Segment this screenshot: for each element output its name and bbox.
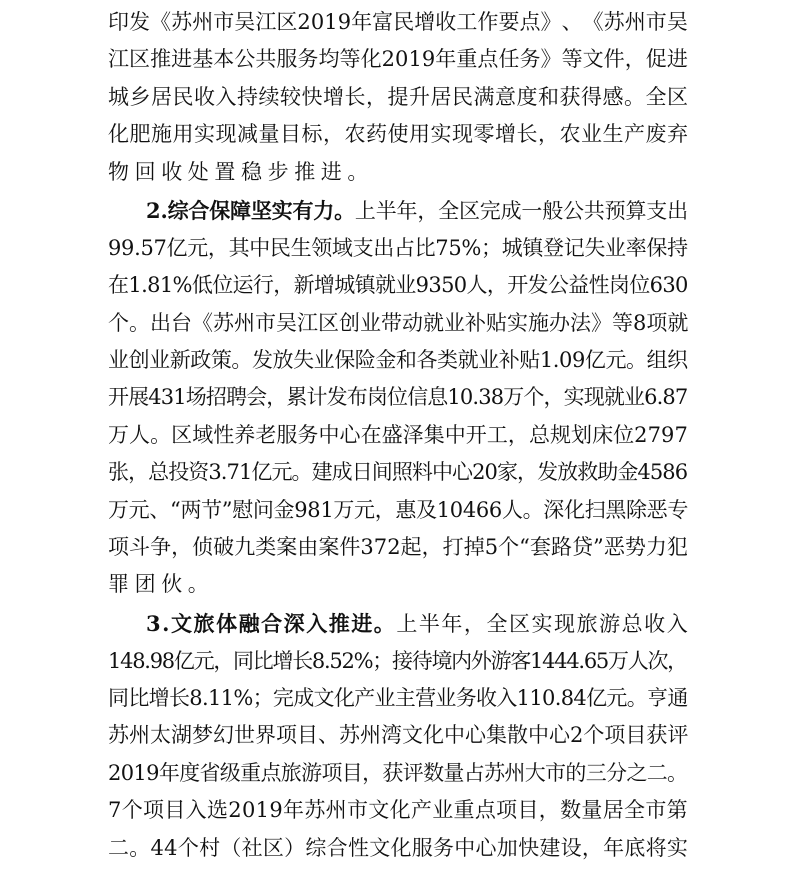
text-line: 万元、“两节”慰问金981万元，惠及10466人。深化扫黑除恶专 [108, 492, 688, 529]
text-line-with-heading: 2.综合保障坚实有力。上半年，全区完成一般公共预算支出 [108, 192, 688, 229]
text-line: 张，总投资3.71亿元。建成日间照料中心20家，发放救助金4586 [108, 454, 688, 491]
text-line: 苏州太湖梦幻世界项目、苏州湾文化中心集散中心2个项目获评 [108, 717, 688, 754]
text-line: 城乡居民收入持续较快增长，提升居民满意度和获得感。全区 [108, 79, 688, 116]
text-line: 同比增长8.11%；完成文化产业主营业务收入110.84亿元。亨通 [108, 680, 688, 717]
text-line: 2019年度省级重点旅游项目，获评数量占苏州大市的三分之二。 [108, 755, 688, 792]
paragraph-culture-tourism: 3.文旅体融合深入推进。上半年，全区实现旅游总收入 148.98亿元，同比增长8… [108, 605, 688, 867]
text-line: 江区推进基本公共服务均等化2019年重点任务》等文件，促进 [108, 41, 688, 78]
text-line: 个。出台《苏州市吴江区创业带动就业补贴实施办法》等8项就 [108, 305, 688, 342]
heading-line-rest: 上半年，全区实现旅游总收入 [396, 612, 687, 636]
text-line: 项斗争，侦破九类案由案件372起，打掉5个“套路贷”恶势力犯 [108, 529, 688, 566]
text-line: 罪团伙。 [108, 566, 688, 603]
text-line: 99.57亿元，其中民生领域支出占比75%；城镇登记失业率保持 [108, 230, 688, 267]
text-line: 148.98亿元，同比增长8.52%；接待境内外游客1444.65万人次， [108, 643, 688, 680]
section-heading-3: 3.文旅体融合深入推进。 [146, 611, 396, 636]
section-heading-2: 2.综合保障坚实有力。 [146, 198, 355, 223]
paragraph-social-security: 2.综合保障坚实有力。上半年，全区完成一般公共预算支出 99.57亿元，其中民生… [108, 192, 688, 603]
text-line: 在1.81%低位运行，新增城镇就业9350人，开发公益性岗位630 [108, 267, 688, 304]
paragraph-income-policy: 印发《苏州市吴江区2019年富民增收工作要点》、《苏州市吴 江区推进基本公共服务… [108, 4, 688, 191]
text-line: 开展431场招聘会，累计发布岗位信息10.38万个，实现就业6.87 [108, 379, 688, 416]
text-line: 物回收处置稳步推进。 [108, 154, 688, 191]
text-line: 业创业新政策。发放失业保险金和各类就业补贴1.09亿元。组织 [108, 342, 688, 379]
text-line: 印发《苏州市吴江区2019年富民增收工作要点》、《苏州市吴 [108, 4, 688, 41]
text-line: 万人。区域性养老服务中心在盛泽集中开工，总规划床位2797 [108, 417, 688, 454]
text-line: 化肥施用实现减量目标，农药使用实现零增长，农业生产废弃 [108, 116, 688, 153]
document-page: 印发《苏州市吴江区2019年富民增收工作要点》、《苏州市吴 江区推进基本公共服务… [108, 4, 688, 867]
text-line: 二。44个村（社区）综合性文化服务中心加快建设，年底将实 [108, 830, 688, 867]
text-line-with-heading: 3.文旅体融合深入推进。上半年，全区实现旅游总收入 [108, 605, 688, 642]
heading-line-rest: 上半年，全区完成一般公共预算支出 [355, 199, 688, 223]
text-line: 7个项目入选2019年苏州市文化产业重点项目，数量居全市第 [108, 792, 688, 829]
